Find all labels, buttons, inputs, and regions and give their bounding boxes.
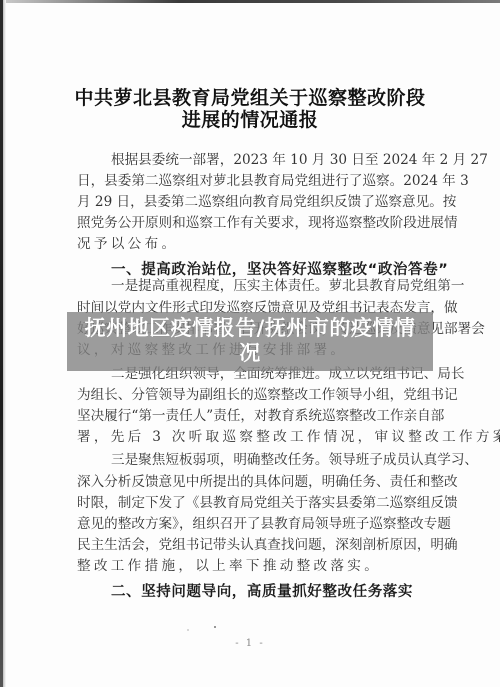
point-1-line-1: 一是提高重视程度，压实主体责任。萝北县教育局党组第一 [111, 276, 434, 297]
document-title-line-2: 进展的情况通报 [0, 109, 500, 131]
intro-line-3: 月 29 日，县委第二巡察组向教育局党组织反馈了巡察意见。按 [77, 192, 434, 213]
point-3-line-3: 时限，制定下发了《县教育局党组关于落实县委第二巡察组反馈 [77, 493, 434, 514]
overlay-title-line-1: 抚州地区疫情报告/抚州市的疫情情 [67, 316, 433, 341]
page-number: - 1 - [0, 638, 500, 649]
section-2-heading: 二、坚持问题导向，高质量抓好整改任务落实 [111, 580, 413, 601]
point-2-line-4: 署，先后 3 次听取巡察整改工作情况，审议整改工作方案。 [77, 427, 434, 448]
overlay-title-text[interactable]: 抚州地区疫情报告/抚州市的疫情情 况 [67, 316, 433, 366]
intro-line-4: 照党务公开原则和巡察工作有关要求，现将巡察整改阶段进展情 [77, 213, 434, 234]
overlay-title-line-2: 况 [67, 341, 433, 366]
page-top-edge-shadow [6, 0, 500, 3]
point-3-line-6: 整改工作措施，以上率下推动整改落实。 [77, 556, 434, 577]
point-3-line-2: 深入分析反馈意见中所提出的具体问题，明确任务、责任和整改 [77, 472, 434, 493]
point-3-line-5: 民主生活会，党组书记带头认真查找问题，深刻剖析原因，明确 [77, 535, 434, 556]
intro-line-5: 况予以公布。 [77, 234, 434, 255]
point-3-line-1: 三是聚焦短板弱项，明确整改任务。领导班子成员认真学习、 [111, 450, 434, 471]
point-2-line-3: 坚决履行“第一责任人”责任，对教育系统巡察整改工作亲自部 [77, 406, 434, 427]
document-title-line-1: 中共萝北县教育局党组关于巡察整改阶段 [0, 87, 500, 109]
intro-line-1: 根据县委统一部署，2023 年 10 月 30 日至 2024 年 2 月 27 [111, 150, 434, 171]
point-2-line-2: 为组长、分管领导为副组长的巡察整改工作领导小组，党组书记 [77, 385, 434, 406]
intro-line-2: 日，县委第二巡察组对萝北县教育局党组进行了巡察。2024 年 3 [77, 171, 434, 192]
scan-speck [187, 629, 189, 631]
point-3-line-4: 意见的整改方案》，组织召开了县教育局领导班子巡察整改专题 [77, 514, 434, 535]
scan-speck [214, 626, 216, 628]
